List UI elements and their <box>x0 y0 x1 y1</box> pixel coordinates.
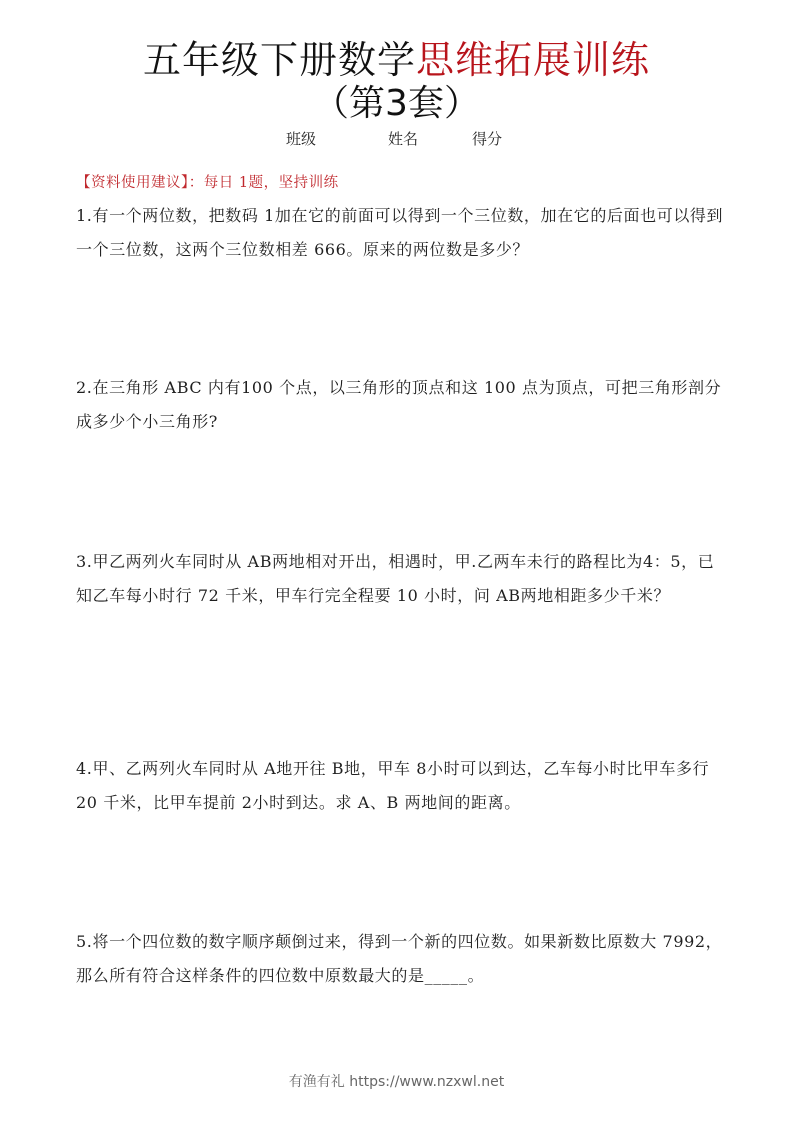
question-5: 5.将一个四位数的数字顺序颠倒过来，得到一个新的四位数。如果新数比原数大 799… <box>76 925 726 993</box>
question-1: 1.有一个两位数，把数码 1加在它的前面可以得到一个三位数，加在它的后面也可以得… <box>76 199 726 267</box>
question-3: 3.甲乙两列火车同时从 AB两地相对开出，相遇时，甲.乙两车未行的路程比为4：5… <box>76 545 726 613</box>
class-label: 班级 <box>286 128 316 149</box>
score-label: 得分 <box>472 128 502 149</box>
worksheet-title: 五年级下册数学思维拓展训练 <box>0 36 793 84</box>
student-info-row: 班级 姓名 得分 <box>0 128 793 150</box>
question-2: 2.在三角形 ABC 内有100 个点，以三角形的顶点和这 100 点为顶点，可… <box>76 371 726 439</box>
title-red-part: 思维拓展训练 <box>416 38 650 82</box>
footer-watermark: 有渔有礼 https://www.nzxwl.net <box>0 1071 793 1091</box>
name-label: 姓名 <box>388 128 418 149</box>
question-4: 4.甲、乙两列火车同时从 A地开往 B地，甲车 8小时可以到达，乙车每小时比甲车… <box>76 752 726 820</box>
title-black-part: 五年级下册数学 <box>143 38 416 82</box>
usage-advice: 【资料使用建议】：每日 1题，坚持训练 <box>76 171 339 192</box>
worksheet-subtitle: （第3套） <box>0 82 793 126</box>
